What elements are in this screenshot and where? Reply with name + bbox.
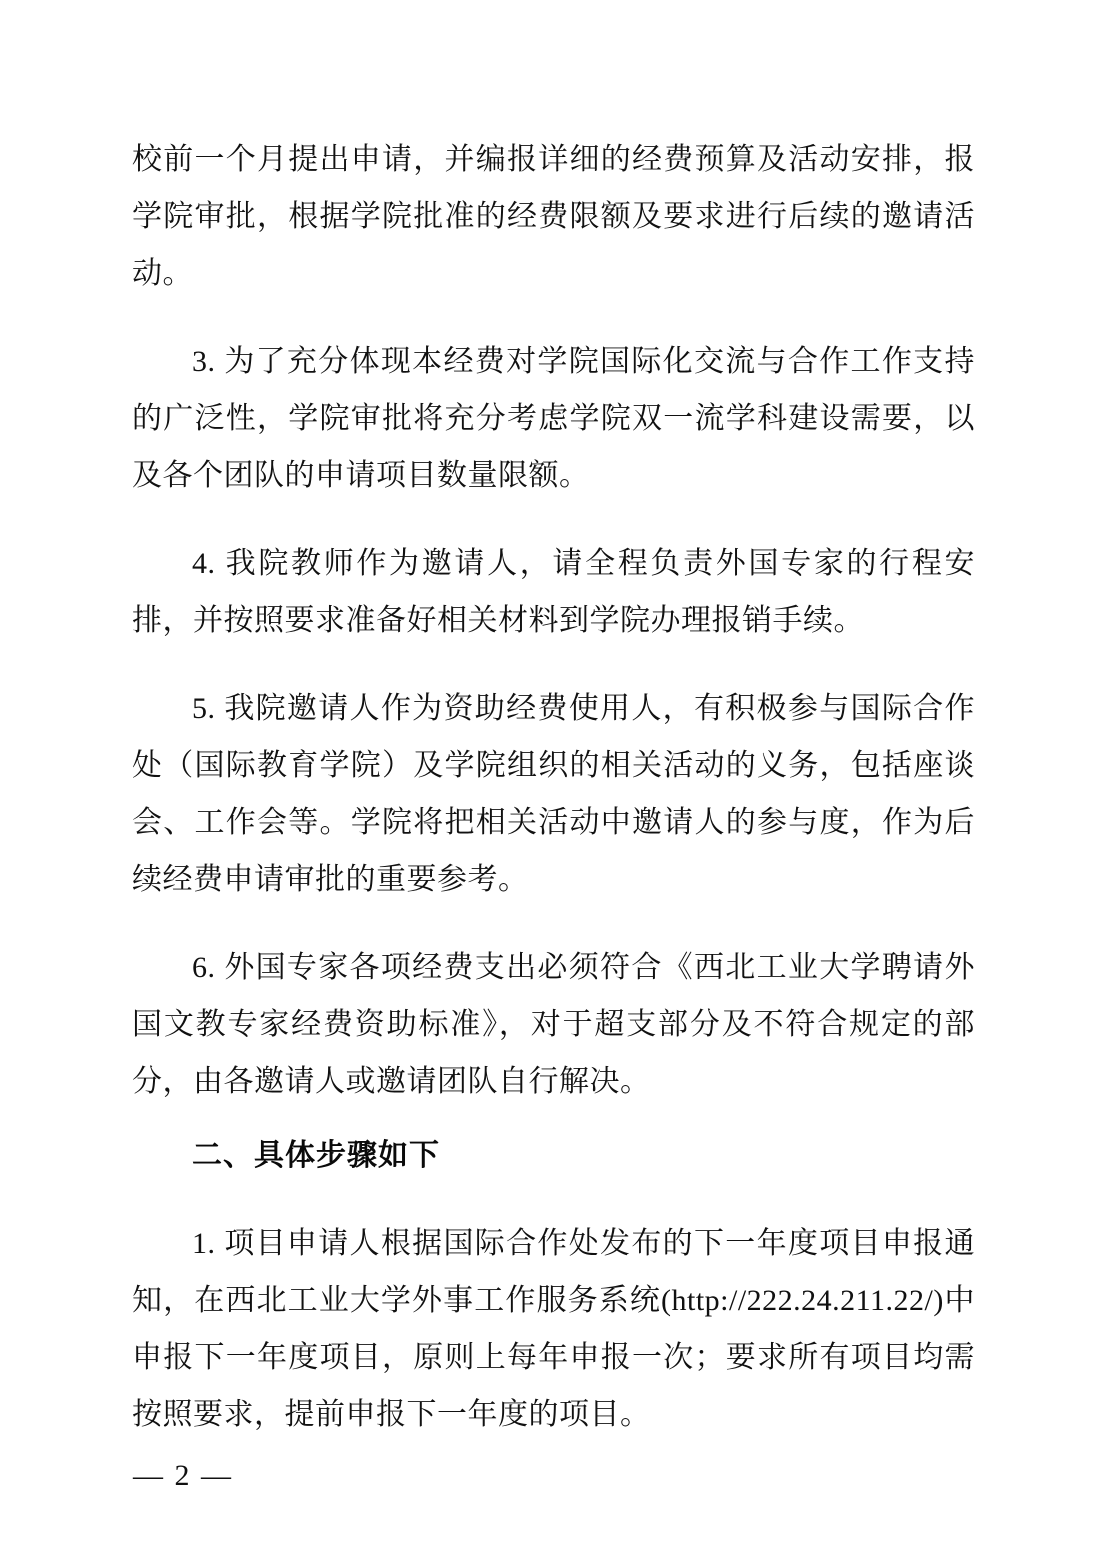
step-item-1: 1. 项目申请人根据国际合作处发布的下一年度项目申报通知，在西北工业大学外事工作…: [132, 1215, 975, 1443]
list-item-3: 3. 为了充分体现本经费对学院国际化交流与合作工作支持的广泛性，学院审批将充分考…: [132, 333, 975, 504]
page-number: — 2 —: [133, 1447, 233, 1504]
document-body: 校前一个月提出申请，并编报详细的经费预算及活动安排，报学院审批，根据学院批准的经…: [132, 131, 975, 1474]
paragraph-continued: 校前一个月提出申请，并编报详细的经费预算及活动安排，报学院审批，根据学院批准的经…: [132, 131, 975, 302]
document-page: 校前一个月提出申请，并编报详细的经费预算及活动安排，报学院审批，根据学院批准的经…: [0, 0, 1102, 1560]
list-item-5: 5. 我院邀请人作为资助经费使用人，有积极参与国际合作处（国际教育学院）及学院组…: [132, 680, 975, 908]
section-heading: 二、具体步骤如下: [132, 1127, 975, 1184]
list-item-4: 4. 我院教师作为邀请人，请全程负责外国专家的行程安排，并按照要求准备好相关材料…: [132, 535, 975, 649]
list-item-6: 6. 外国专家各项经费支出必须符合《西北工业大学聘请外国文教专家经费资助标准》，…: [132, 939, 975, 1110]
